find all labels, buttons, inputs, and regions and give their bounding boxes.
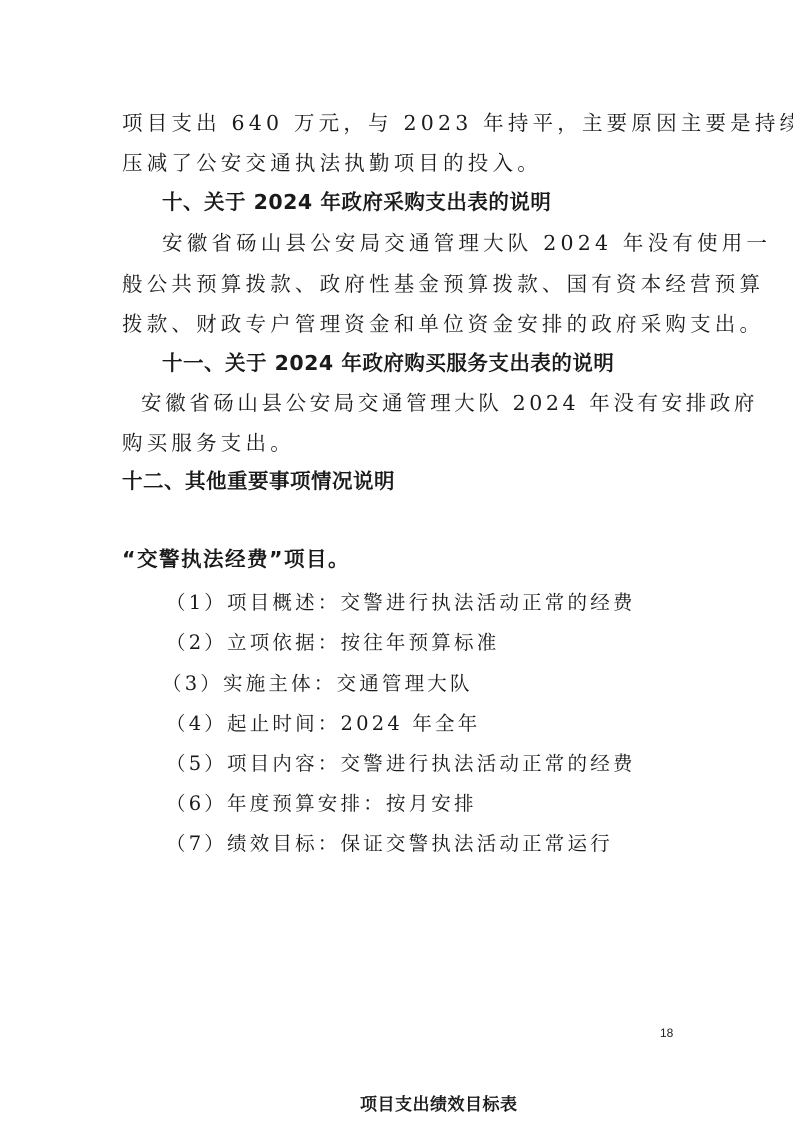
body-text-line: 拨款、财政专户管理资金和单位资金安排的政府采购支出。: [122, 310, 764, 338]
project-item-2: （2）立项依据：按往年预算标准: [166, 629, 499, 657]
next-table-title: 项目支出绩效目标表: [360, 1090, 518, 1115]
section-heading-11: 十一、关于 2024 年政府购买服务支出表的说明: [162, 349, 614, 377]
project-item-1: （1）项目概述：交警进行执法活动正常的经费: [166, 589, 636, 617]
body-text-line: 压减了公安交通执法执勤项目的投入。: [122, 149, 542, 177]
project-item-4: （4）起止时间：2024 年全年: [166, 710, 480, 738]
project-item-7: （7）绩效目标：保证交警执法活动正常运行: [166, 830, 613, 858]
page-number: 18: [660, 1026, 673, 1040]
section-heading-10: 十、关于 2024 年政府采购支出表的说明: [162, 188, 551, 216]
project-item-6: （6）年度预算安排：按月安排: [166, 790, 477, 818]
body-text-line: 安徽省砀山县公安局交通管理大队 2024 年没有安排政府: [141, 389, 758, 417]
body-text-line: 项目支出 640 万元，与 2023 年持平，主要原因主要是持续: [122, 109, 793, 137]
body-text-line: 购买服务支出。: [122, 429, 295, 457]
project-item-5: （5）项目内容：交警进行执法活动正常的经费: [166, 750, 636, 778]
section-heading-12: 十二、其他重要事项情况说明: [122, 467, 395, 495]
body-text-line: 安徽省砀山县公安局交通管理大队 2024 年没有使用一: [162, 229, 771, 257]
project-title: “交警执法经费”项目。: [122, 545, 350, 573]
body-text-line: 般公共预算拨款、政府性基金预算拨款、国有资本经营预算: [122, 270, 764, 298]
project-item-3: （3）实施主体：交通管理大队: [162, 670, 473, 698]
